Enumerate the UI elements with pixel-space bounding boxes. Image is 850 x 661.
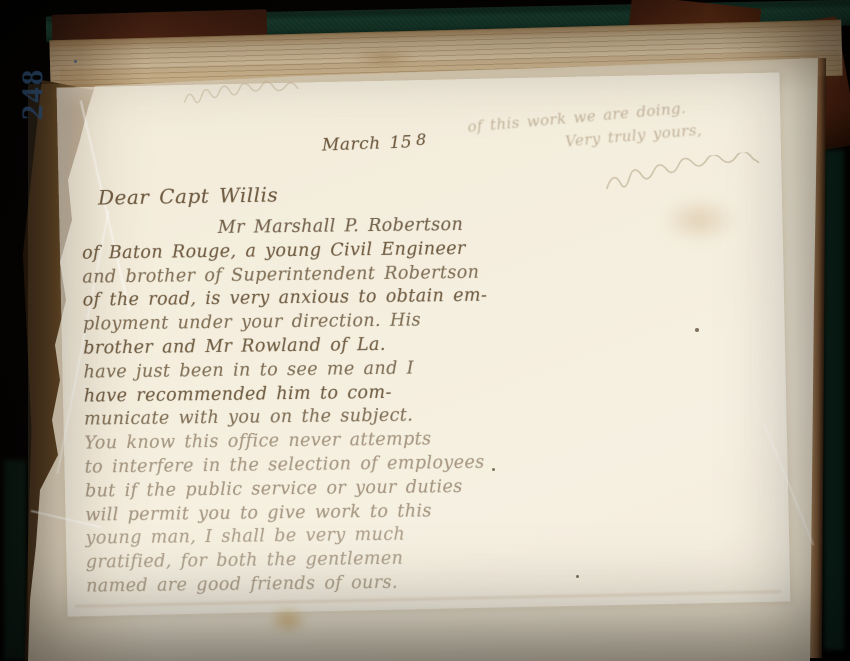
letter-date-numeral: 8	[416, 130, 427, 149]
cover-edge-right	[824, 150, 844, 650]
letter-date: March 15	[322, 132, 413, 155]
letter-salutation: Dear Capt Willis	[98, 182, 279, 209]
handwriting-line: Mr Marshall P. Robertson	[218, 213, 502, 240]
page-number: 248	[20, 50, 68, 132]
ink-speck	[695, 328, 699, 332]
photograph-of-album-page: 248 March 15 8 of this work we are doing…	[0, 0, 850, 661]
letter-body: Mr Marshall P. Robertsonof Baton Rouge, …	[82, 213, 507, 599]
page-number-text: 248	[14, 68, 50, 121]
paper-stain	[660, 196, 738, 244]
cover-edge-bottom-left	[4, 460, 26, 660]
ink-speck	[74, 60, 77, 63]
paper-stain	[268, 606, 308, 634]
paper-stain	[352, 48, 416, 68]
ink-speck	[576, 575, 579, 578]
